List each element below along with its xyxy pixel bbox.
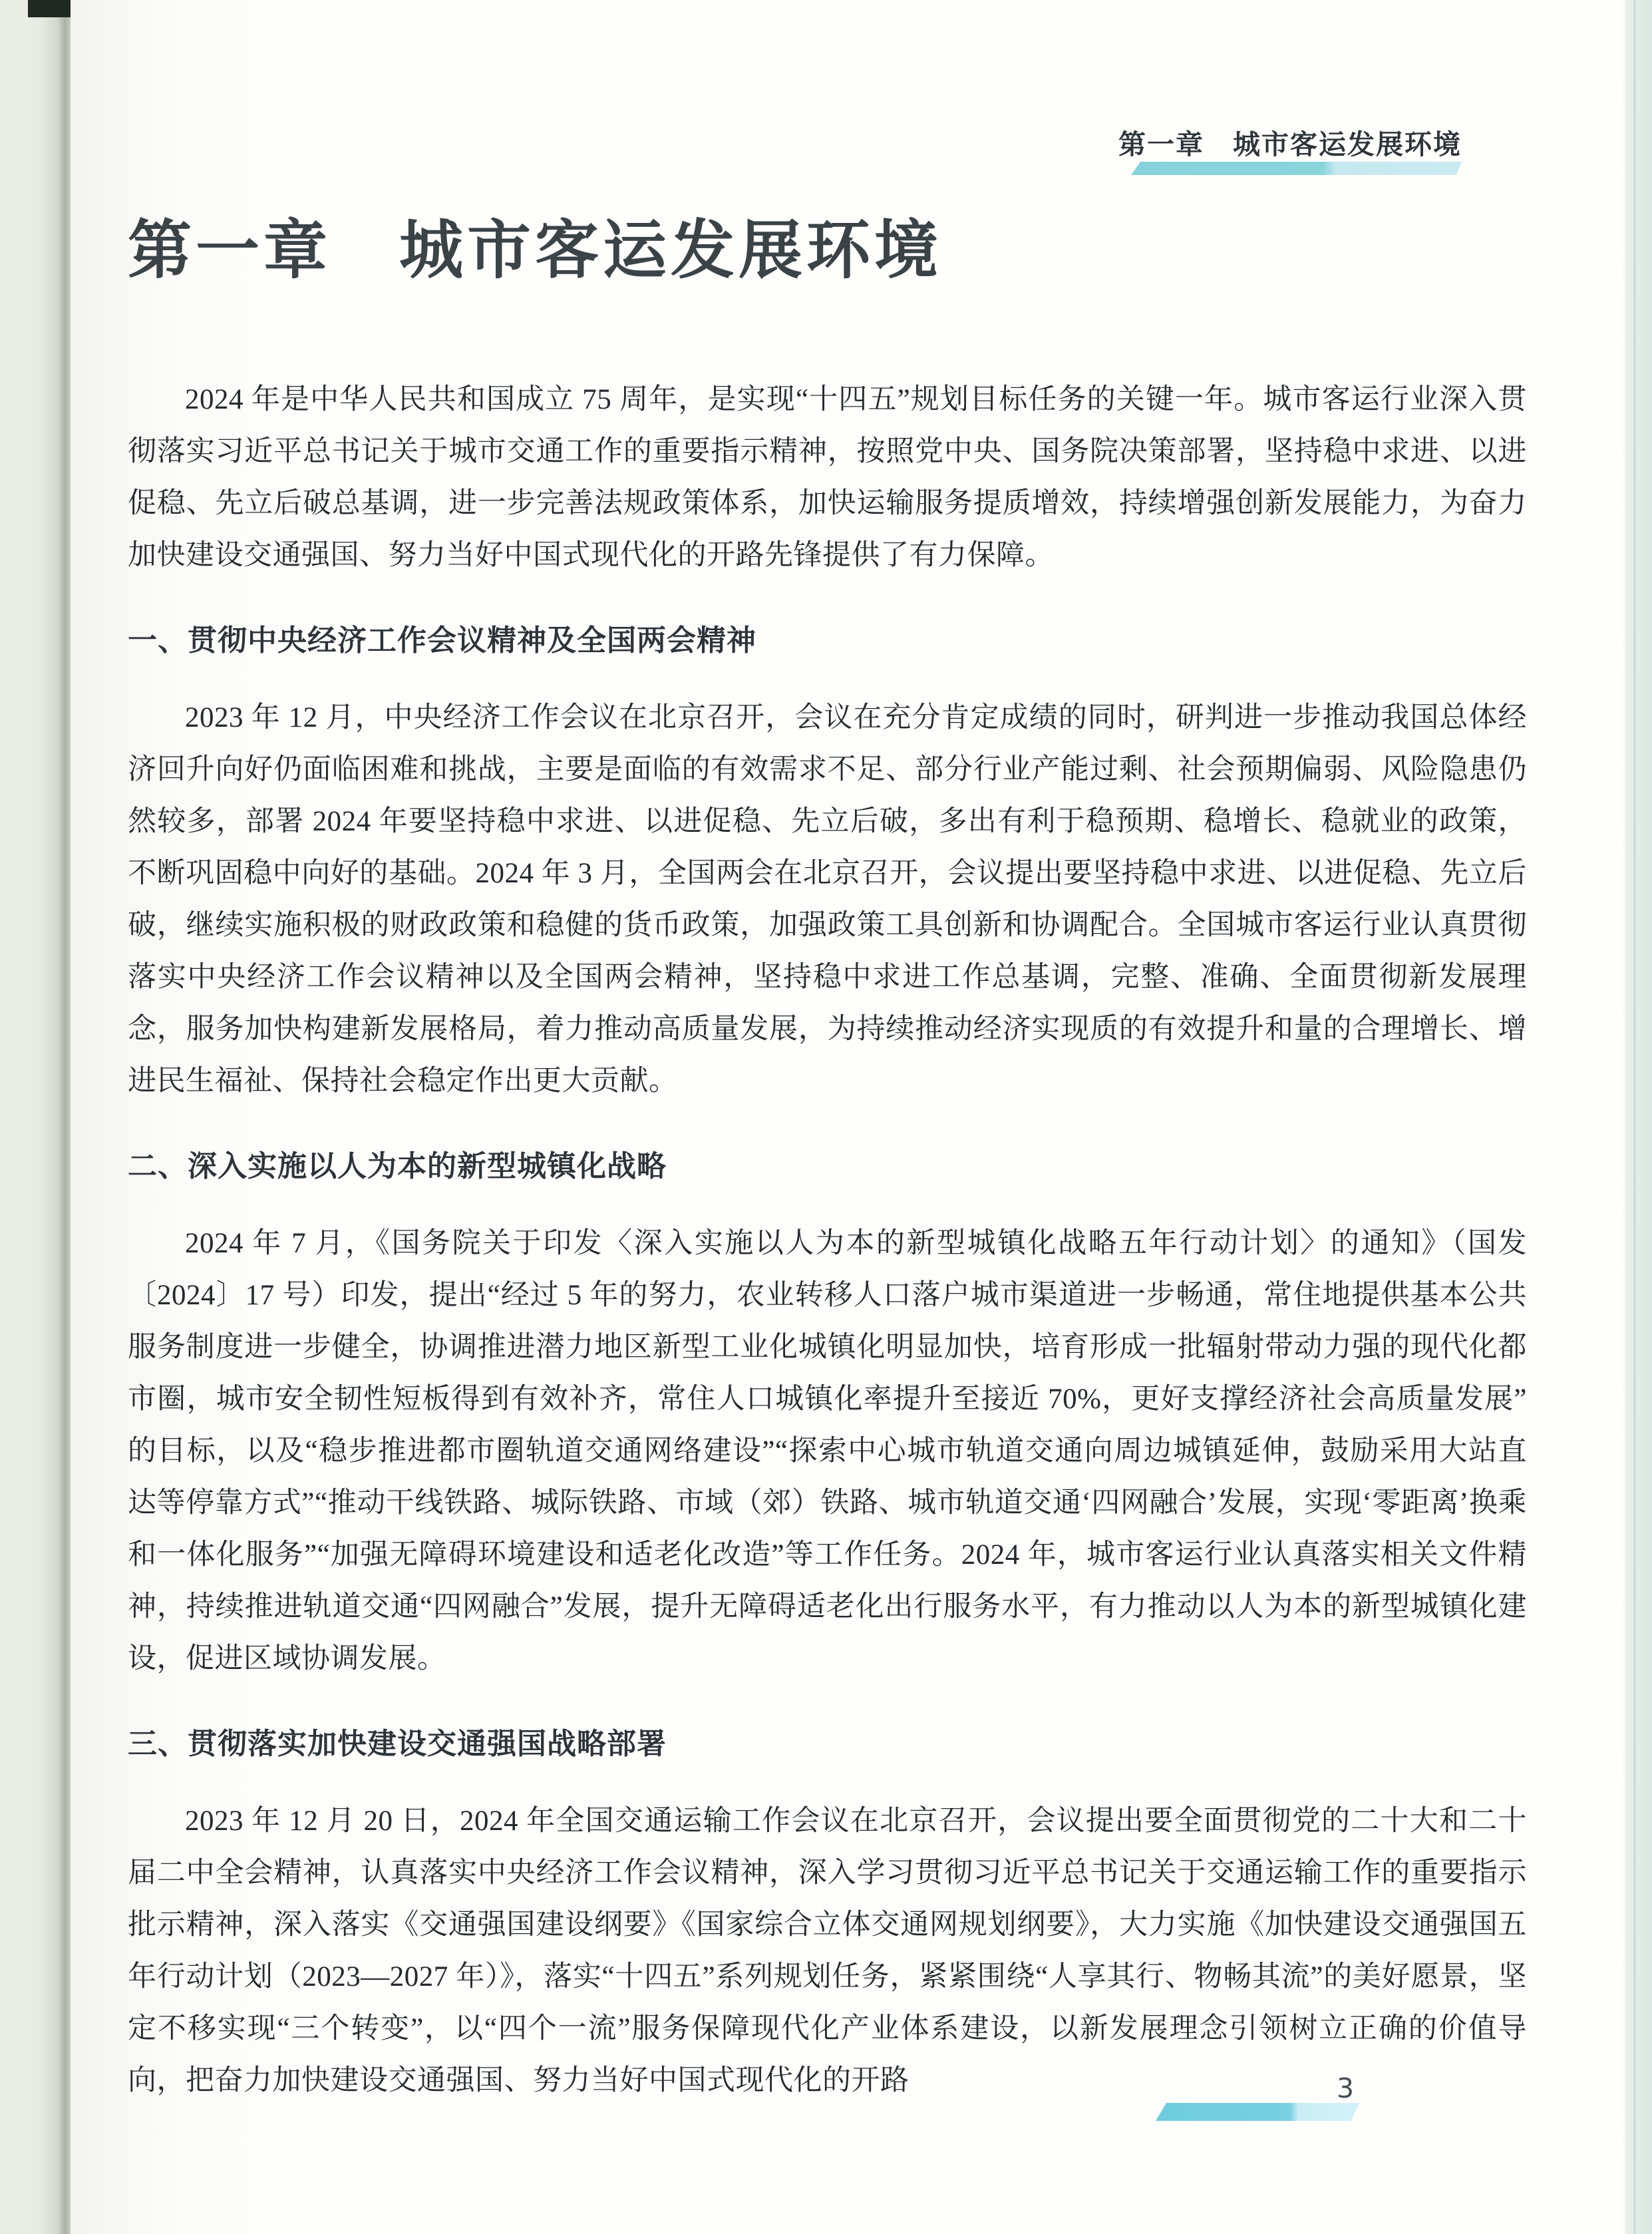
paragraph-section-2: 2024 年 7 月，《国务院关于印发〈深入实施以人为本的新型城镇化战略五年行动… — [128, 1218, 1527, 1685]
scan-artifact-right-edge — [1621, 0, 1652, 2234]
paragraph-section-3: 2023 年 12 月 20 日，2024 年全国交通运输工作会议在北京召开，会… — [128, 1795, 1527, 2107]
section-heading-2: 二、深入实施以人为本的新型城镇化战略 — [128, 1141, 1527, 1193]
header-accent-bar — [1131, 162, 1462, 175]
section-heading-3: 三、贯彻落实加快建设交通强国战略部署 — [128, 1718, 1527, 1770]
chapter-title-gap — [331, 213, 399, 287]
body-text: 2024 年是中华人民共和国成立 75 周年，是实现“十四五”规划目标任务的关键… — [128, 374, 1527, 2107]
document-page: 第一章 城市客运发展环境 第一章 城市客运发展环境 2024 年是中华人民共和国… — [71, 0, 1625, 2234]
scan-artifact-teal-line — [1633, 0, 1636, 2234]
section-heading-1: 一、贯彻中央经济工作会议精神及全国两会精神 — [128, 615, 1527, 667]
paragraph-intro: 2024 年是中华人民共和国成立 75 周年，是实现“十四五”规划目标任务的关键… — [128, 374, 1527, 582]
footer-accent-bar — [1156, 2103, 1359, 2121]
chapter-number: 第一章 — [128, 213, 331, 287]
chapter-title: 第一章 城市客运发展环境 — [128, 200, 942, 291]
paragraph-section-1: 2023 年 12 月，中央经济工作会议在北京召开，会议在充分肯定成绩的同时，研… — [128, 692, 1527, 1107]
running-header: 第一章 城市客运发展环境 — [1118, 122, 1462, 162]
chapter-title-text: 城市客运发展环境 — [399, 213, 942, 287]
page-number: 3 — [1325, 2072, 1365, 2104]
